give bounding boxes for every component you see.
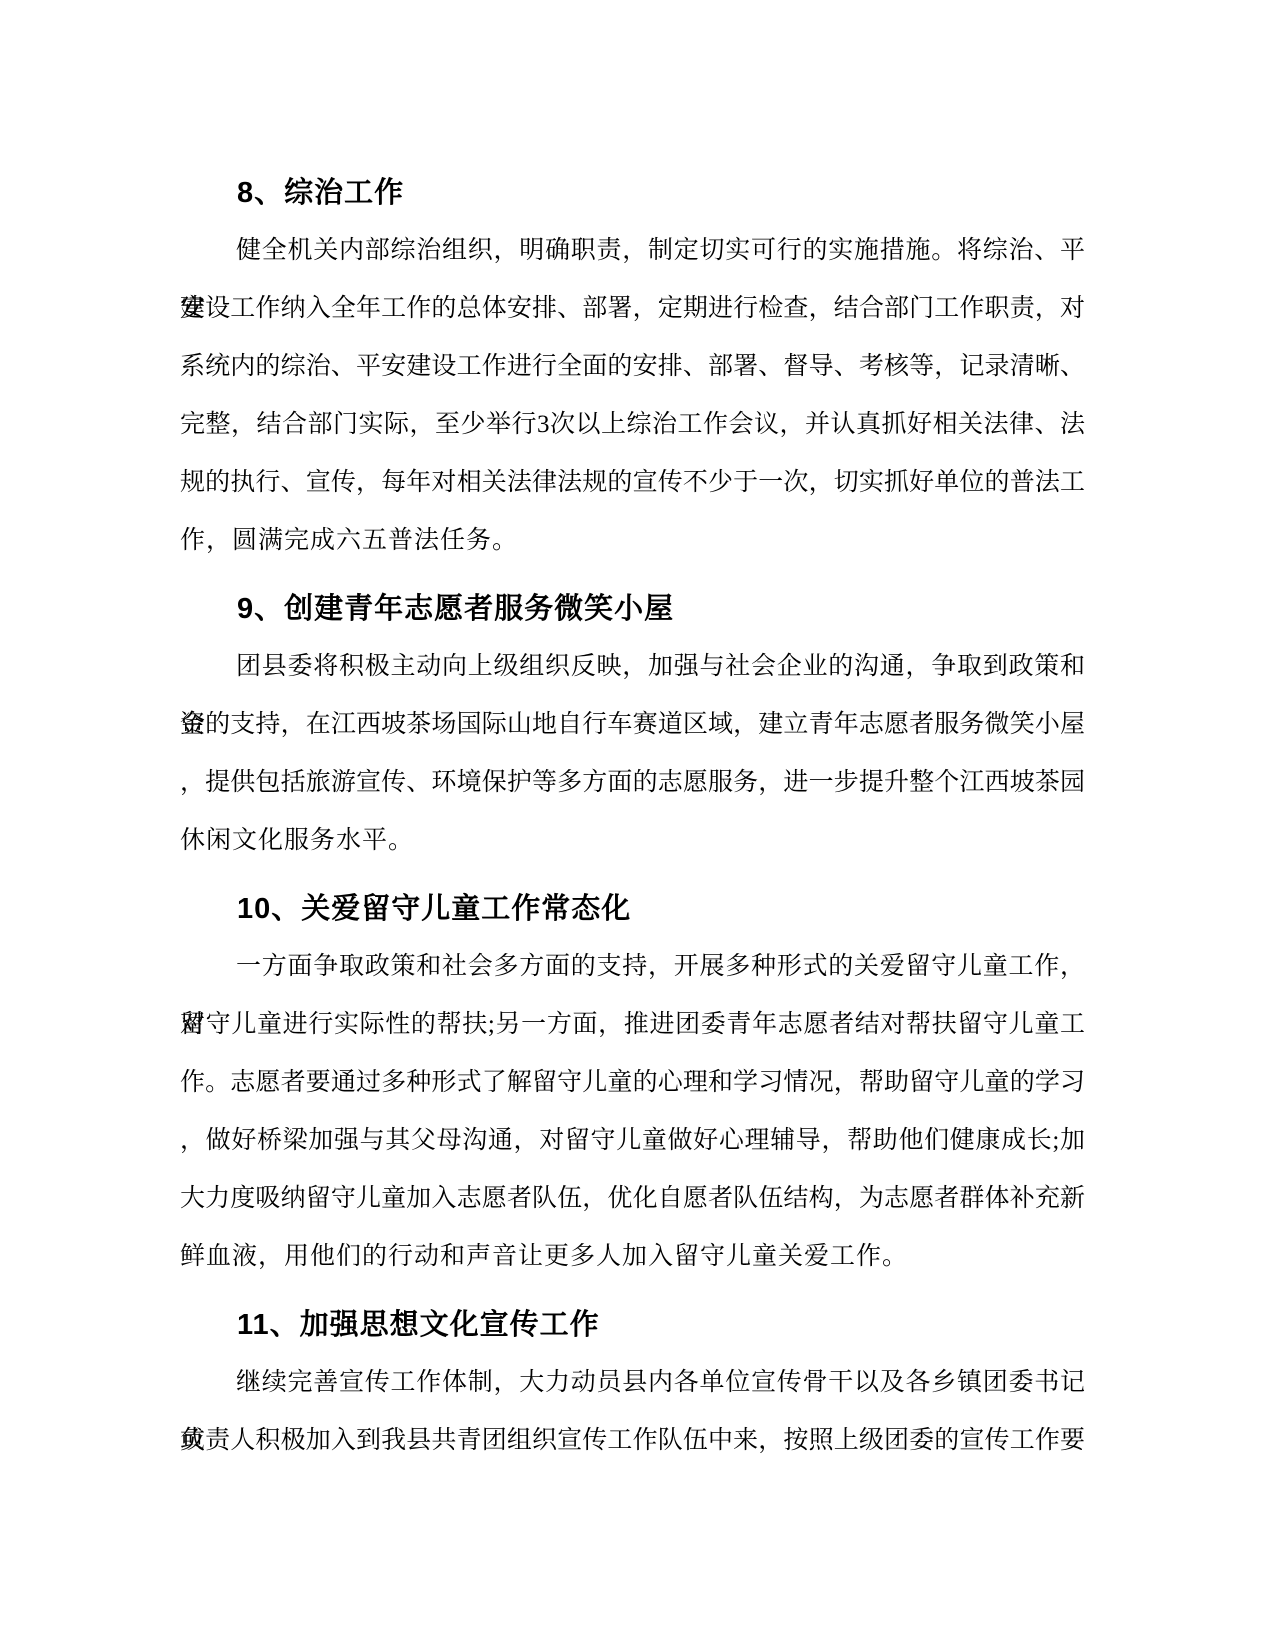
paragraph-line: 建设工作纳入全年工作的总体安排、部署，定期进行检查，结合部门工作职责，对 [180,280,1085,338]
section-heading-8: 8、综治工作 [180,164,1085,222]
paragraph-line: 负责人积极加入到我县共青团组织宣传工作队伍中来，按照上级团委的宣传工作要 [180,1412,1085,1470]
paragraph-line: 完整，结合部门实际，至少举行3次以上综治工作会议，并认真抓好相关法律、法 [180,396,1085,454]
paragraph-line: 规的执行、宣传，每年对相关法律法规的宣传不少于一次，切实抓好单位的普法工 [180,454,1085,512]
paragraph-line: 健全机关内部综治组织，明确职责，制定切实可行的实施措施。将综治、平安 [180,222,1085,280]
paragraph-line: ，提供包括旅游宣传、环境保护等多方面的志愿服务，进一步提升整个江西坡茶园 [180,754,1085,812]
paragraph-line: 大力度吸纳留守儿童加入志愿者队伍，优化自愿者队伍结构，为志愿者群体补充新 [180,1170,1085,1228]
paragraph-line: 金的支持，在江西坡茶场国际山地自行车赛道区域，建立青年志愿者服务微笑小屋 [180,696,1085,754]
section-heading-11: 11、加强思想文化宣传工作 [180,1296,1085,1354]
section-heading-9: 9、创建青年志愿者服务微笑小屋 [180,580,1085,638]
paragraph-line: ，做好桥梁加强与其父母沟通，对留守儿童做好心理辅导，帮助他们健康成长;加 [180,1112,1085,1170]
section-9: 9、创建青年志愿者服务微笑小屋 团县委将积极主动向上级组织反映，加强与社会企业的… [180,580,1085,870]
paragraph-line: 系统内的综治、平安建设工作进行全面的安排、部署、督导、考核等，记录清晰、 [180,338,1085,396]
paragraph-line: 作。志愿者要通过多种形式了解留守儿童的心理和学习情况，帮助留守儿童的学习 [180,1054,1085,1112]
paragraph-line: 一方面争取政策和社会多方面的支持，开展多种形式的关爱留守儿童工作，对 [180,938,1085,996]
paragraph-line: 留守儿童进行实际性的帮扶;另一方面，推进团委青年志愿者结对帮扶留守儿童工 [180,996,1085,1054]
paragraph-line: 作，圆满完成六五普法任务。 [180,512,1085,570]
section-10: 10、关爱留守儿童工作常态化 一方面争取政策和社会多方面的支持，开展多种形式的关… [180,880,1085,1286]
section-heading-10: 10、关爱留守儿童工作常态化 [180,880,1085,938]
paragraph-line: 鲜血液，用他们的行动和声音让更多人加入留守儿童关爱工作。 [180,1228,1085,1286]
paragraph-line: 休闲文化服务水平。 [180,812,1085,870]
paragraph-line: 团县委将积极主动向上级组织反映，加强与社会企业的沟通，争取到政策和资 [180,638,1085,696]
section-8: 8、综治工作 健全机关内部综治组织，明确职责，制定切实可行的实施措施。将综治、平… [180,164,1085,570]
document-page: 8、综治工作 健全机关内部综治组织，明确职责，制定切实可行的实施措施。将综治、平… [0,0,1275,1650]
paragraph-line: 继续完善宣传工作体制，大力动员县内各单位宣传骨干以及各乡镇团委书记或 [180,1354,1085,1412]
section-11: 11、加强思想文化宣传工作 继续完善宣传工作体制，大力动员县内各单位宣传骨干以及… [180,1296,1085,1470]
